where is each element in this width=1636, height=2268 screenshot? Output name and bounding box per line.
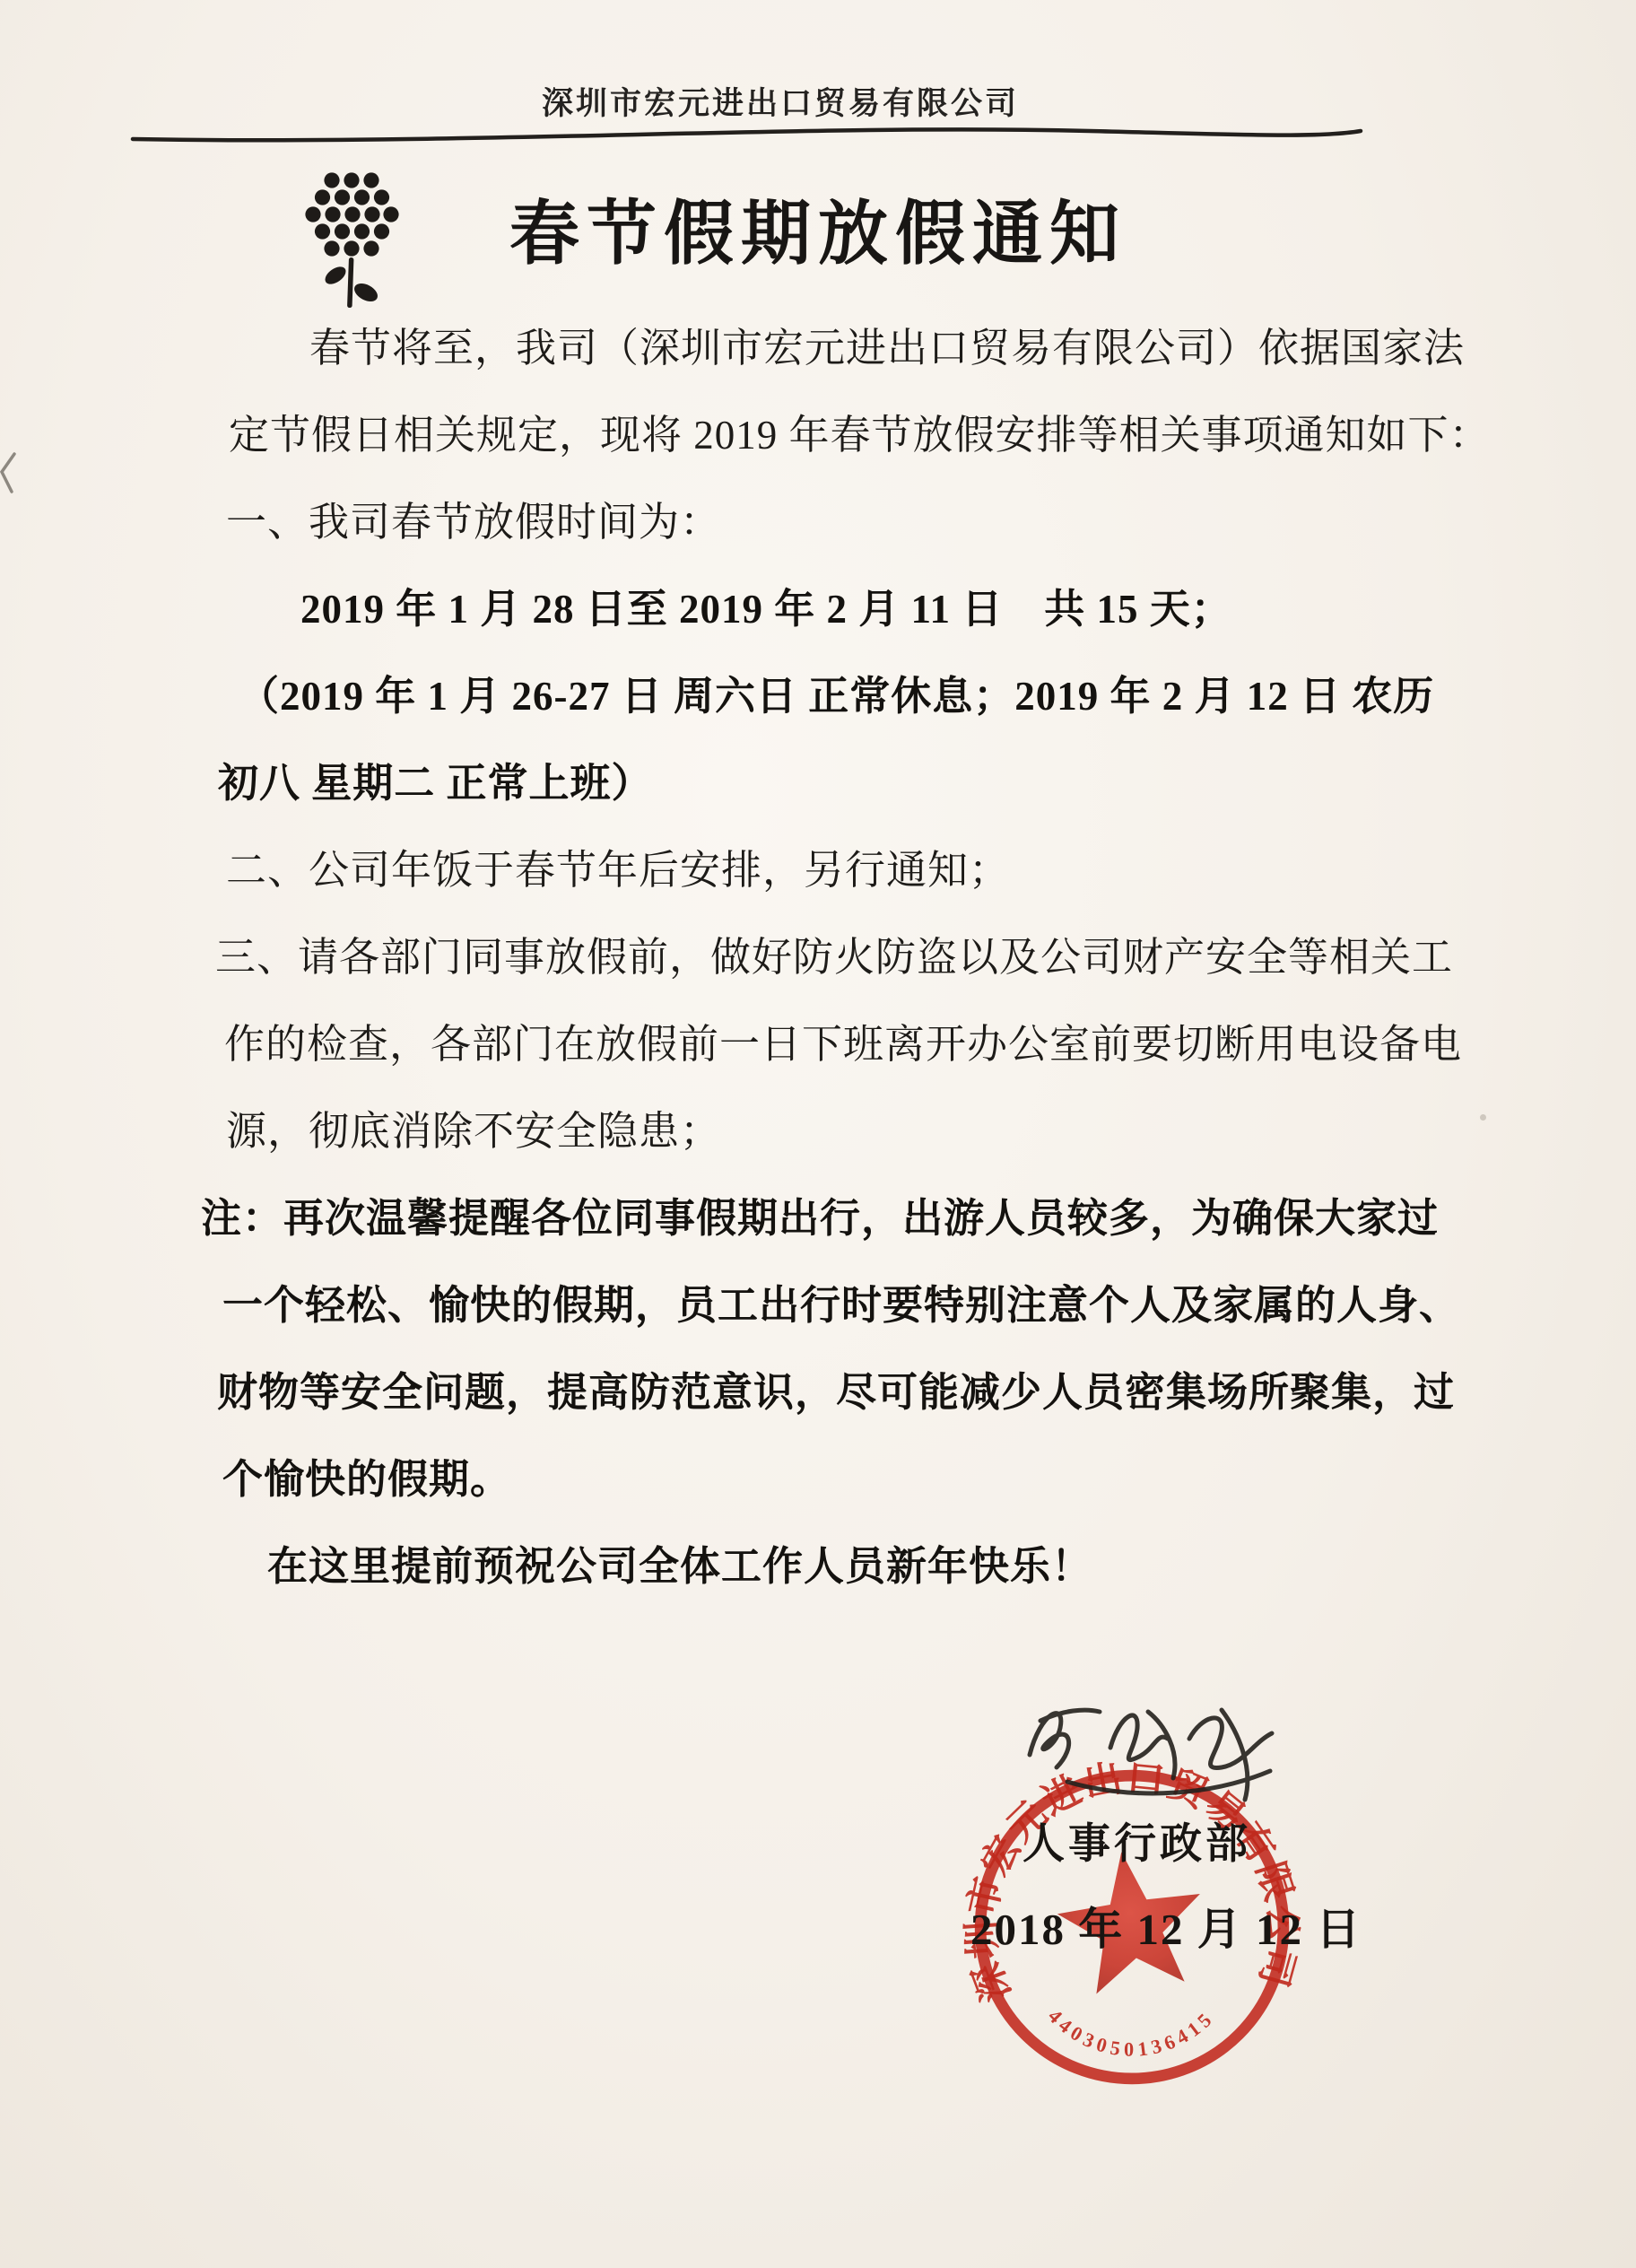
body-text: 春节将至，我司（深圳市宏元进出口贸易有限公司）依据国家法定节假日相关规定，现将 … [215,305,1435,1610]
text-line: 个愉快的假期。 [222,1436,1435,1523]
text-line: 三、请各部门同事放假前，做好防火防盗以及公司财产安全等相关工 [215,914,1435,1001]
text-line: 定节假日相关规定，现将 2019 年春节放假安排等相关事项通知如下： [229,392,1435,479]
handwritten-signature [1014,1685,1292,1819]
date-label: 2018 年 12 月 12 日 [970,1895,1362,1958]
text-line: 财物等安全问题，提高防范意识，尽可能减少人员密集场所聚集，过 [217,1349,1435,1436]
page-title: 春节假期放假通知 [0,178,1636,278]
text-line: 2019 年 1 月 28 日至 2019 年 2 月 11 日 共 15 天； [300,566,1435,653]
department-label: 人事行政部 [1022,1810,1251,1871]
text-line: 在这里提前预祝公司全体工作人员新年快乐！ [267,1523,1435,1610]
text-line: 初八 星期二 正常上班） [218,740,1435,827]
scanned-notice-page: 深圳市宏元进出口贸易有限公司 春节假期放假通知 春节将至，我司（深圳市宏元进出口… [0,0,1636,2268]
seal-serial-arc: 4403050136415 [1044,2005,1219,2061]
text-line: 一、我司春节放假时间为： [226,479,1435,566]
text-line: （2019 年 1 月 26-27 日 周六日 正常休息；2019 年 2 月 … [239,653,1435,740]
header-rule [0,115,1636,169]
text-line: 一个轻松、愉快的假期，员工出行时要特别注意个人及家属的人身、 [222,1262,1435,1349]
scan-smudge [1480,1114,1486,1121]
text-line: 源，彻底消除不安全隐患； [226,1088,1435,1175]
text-line: 春节将至，我司（深圳市宏元进出口贸易有限公司）依据国家法 [309,305,1435,392]
text-line: 注：再次温馨提醒各位同事假期出行，出游人员较多，为确保大家过 [201,1175,1435,1262]
pen-mark [0,449,27,502]
text-line: 二、公司年饭于春节年后安排，另行通知； [226,827,1435,914]
text-line: 作的检查，各部门在放假前一日下班离开办公室前要切断用电设备电 [224,1001,1435,1088]
